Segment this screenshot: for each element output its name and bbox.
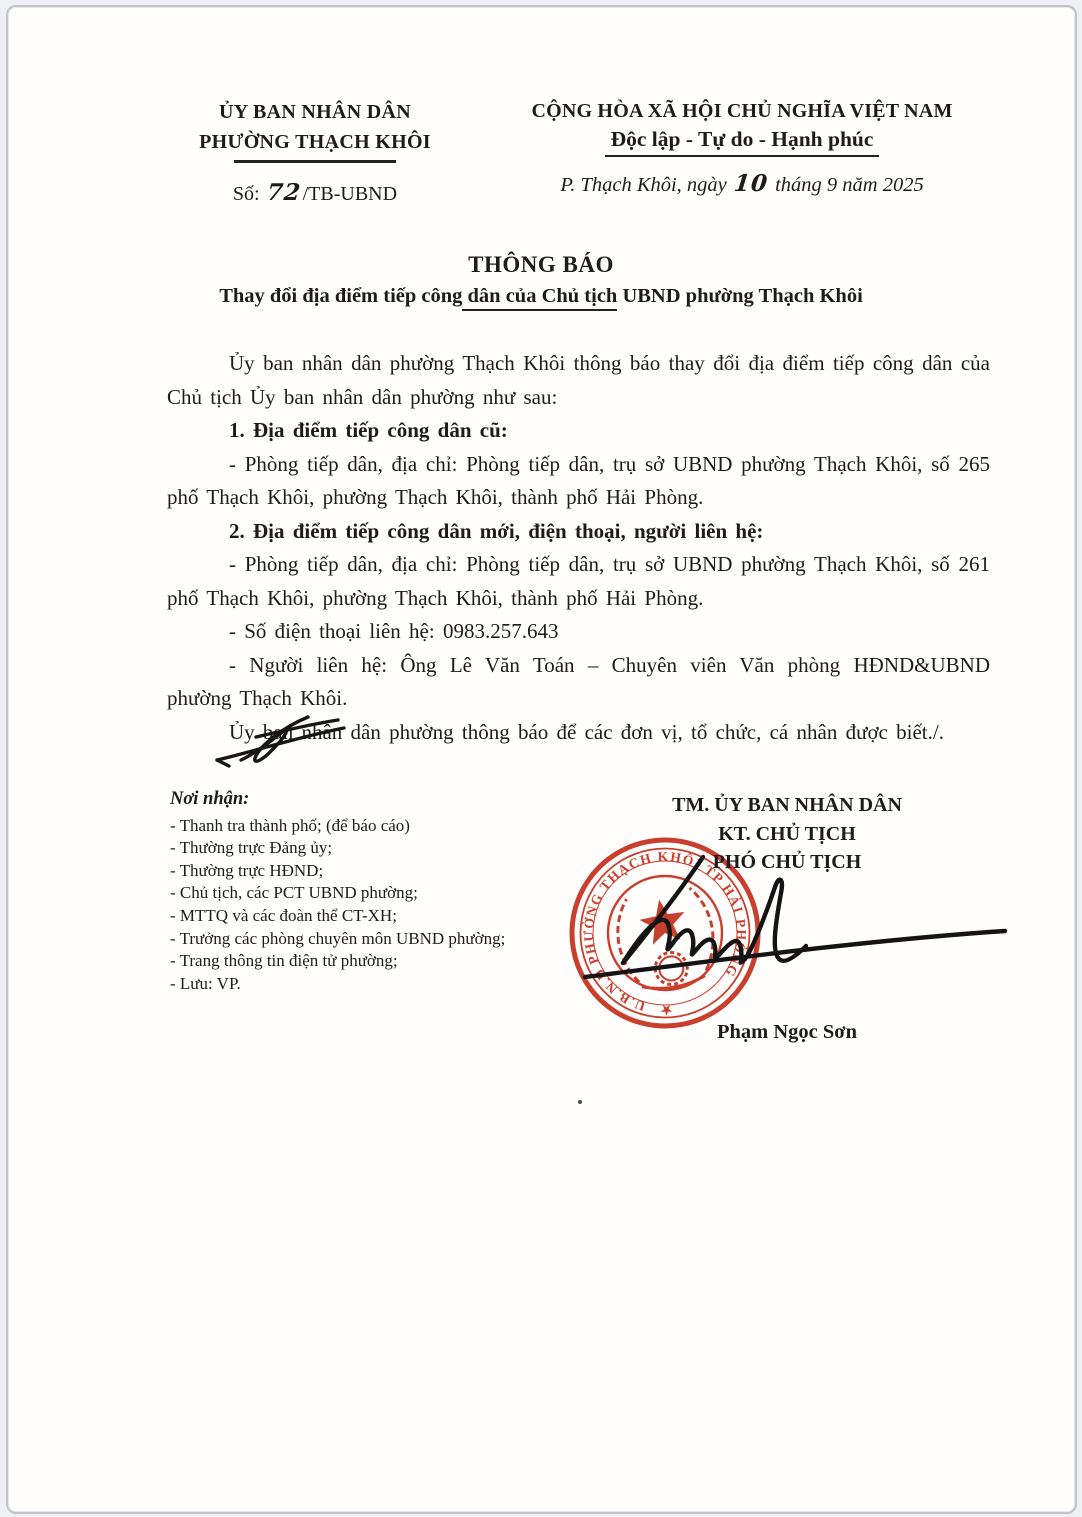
body-paragraph-old-address: - Phòng tiếp dân, địa chỉ: Phòng tiếp dâ…: [167, 448, 990, 515]
recipient-item: - Trưởng các phòng chuyên môn UBND phườn…: [170, 928, 610, 951]
doc-number-suffix: /TB-UBND: [303, 183, 397, 205]
signer-name: Phạm Ngọc Sơn: [592, 1021, 982, 1044]
body-heading-1: 1. Địa điểm tiếp công dân cũ:: [167, 414, 990, 448]
recipient-item: - Trang thông tin điện tử phường;: [170, 950, 610, 973]
body-paragraph-phone: - Số điện thoại liên hệ: 0983.257.643: [167, 615, 990, 649]
document-subtitle: Thay đổi địa điểm tiếp công dân của Chủ …: [0, 285, 1082, 308]
doc-number-handwritten: 72: [263, 178, 304, 208]
subtitle-underlined: dân của Chủ tịch: [462, 285, 617, 311]
authority-line-1: TM. ỦY BAN NHÂN DÂN: [592, 791, 982, 820]
issuing-org-block: ỦY BAN NHÂN DÂN PHƯỜNG THẠCH KHÔI Số: 72…: [148, 97, 482, 209]
title-block: THÔNG BÁO Thay đổi địa điểm tiếp công dâ…: [0, 252, 1082, 308]
body-heading-2: 2. Địa điểm tiếp công dân mới, điện thoạ…: [167, 515, 990, 549]
org-underline: [234, 160, 396, 163]
place-date-line: P. Thạch Khôi, ngày 10 tháng 9 năm 2025: [468, 170, 1016, 197]
national-motto: Độc lập - Tự do - Hạnh phúc: [605, 126, 880, 157]
document-body: Ủy ban nhân dân phường Thạch Khôi thông …: [167, 347, 990, 749]
recipient-item: - Thường trực Đảng ủy;: [170, 837, 610, 860]
ink-speck: [578, 1100, 582, 1104]
doc-number-prefix: Số:: [233, 183, 260, 205]
recipients-label: Nơi nhận:: [170, 788, 610, 811]
document-page: [6, 5, 1077, 1514]
org-parent-name: ỦY BAN NHÂN DÂN: [148, 97, 482, 127]
date-day-handwritten: 10: [731, 170, 772, 197]
date-prefix: P. Thạch Khôi, ngày: [560, 174, 726, 196]
national-title: CỘNG HÒA XÃ HỘI CHỦ NGHĨA VIỆT NAM: [468, 100, 1016, 123]
national-header-block: CỘNG HÒA XÃ HỘI CHỦ NGHĨA VIỆT NAM Độc l…: [468, 100, 1016, 197]
body-paragraph-new-address: - Phòng tiếp dân, địa chỉ: Phòng tiếp dâ…: [167, 548, 990, 615]
signature-authority-block: TM. ỦY BAN NHÂN DÂN KT. CHỦ TỊCH PHÓ CHỦ…: [592, 791, 982, 877]
subtitle-post: UBND phường Thạch Khôi: [617, 285, 862, 307]
recipient-item: - MTTQ và các đoàn thể CT-XH;: [170, 905, 610, 928]
recipient-item: - Thường trực HĐND;: [170, 860, 610, 883]
recipient-item: - Lưu: VP.: [170, 973, 610, 996]
body-paragraph-intro: Ủy ban nhân dân phường Thạch Khôi thông …: [167, 347, 990, 414]
body-paragraph-contact: - Người liên hệ: Ông Lê Văn Toán – Chuyê…: [167, 649, 990, 716]
recipient-item: - Chủ tịch, các PCT UBND phường;: [170, 882, 610, 905]
authority-line-2: KT. CHỦ TỊCH: [592, 820, 982, 849]
subtitle-pre: Thay đổi địa điểm tiếp công: [219, 285, 462, 307]
document-title: THÔNG BÁO: [0, 252, 1082, 278]
date-suffix: tháng 9 năm 2025: [775, 174, 924, 196]
paraph-ink: [210, 707, 355, 769]
org-name: PHƯỜNG THẠCH KHÔI: [148, 127, 482, 157]
recipient-item: - Thanh tra thành phố; (để báo cáo): [170, 815, 610, 838]
authority-line-3: PHÓ CHỦ TỊCH: [592, 848, 982, 877]
document-number: Số: 72/TB-UBND: [148, 178, 482, 209]
recipients-block: Nơi nhận: - Thanh tra thành phố; (để báo…: [170, 788, 610, 995]
